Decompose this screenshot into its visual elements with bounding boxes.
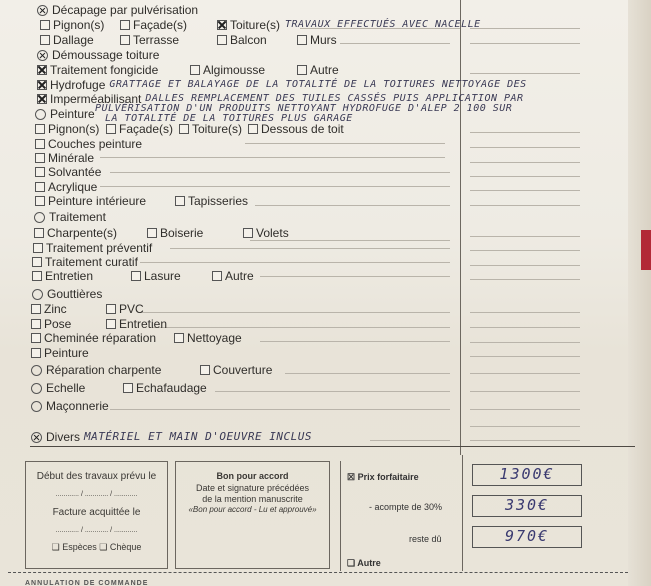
section-traitement[interactable]: Traitement: [34, 210, 106, 224]
checkbox-icon[interactable]: [297, 35, 307, 45]
price-divider: [462, 455, 463, 571]
approval-box: Bon pour accord Date et signature précéd…: [175, 461, 330, 569]
checkbox-icon[interactable]: [35, 182, 45, 192]
section-gouttieres[interactable]: Gouttières: [32, 287, 102, 301]
option-label: Terrasse: [133, 33, 179, 47]
option-label: Pignon(s): [53, 18, 104, 32]
option-label: Façade(s): [133, 18, 187, 32]
section-title: Maçonnerie: [46, 399, 109, 413]
balance-value: 970€: [505, 527, 549, 545]
radio-icon[interactable]: [32, 289, 43, 300]
deposit-value-box[interactable]: 330€: [472, 495, 582, 517]
option-label: Couverture: [213, 363, 272, 377]
checkbox-icon[interactable]: [31, 348, 41, 358]
section-divers[interactable]: Divers MATÉRIEL ET MAIN D'OEUVRE INCLUS: [31, 430, 312, 444]
checkbox-icon[interactable]: [217, 35, 227, 45]
radio-icon[interactable]: [34, 212, 45, 223]
checkbox-icon[interactable]: [120, 35, 130, 45]
column-divider: [460, 0, 461, 455]
checkbox-icon[interactable]: [31, 304, 41, 314]
radio-icon[interactable]: [31, 365, 42, 376]
section-title: Traitement: [49, 210, 106, 224]
checkbox-icon[interactable]: [35, 153, 45, 163]
fixed-price-value: 1300€: [499, 465, 554, 483]
option-label: Couches peinture: [48, 137, 142, 151]
checkbox-checked-icon[interactable]: [37, 94, 47, 104]
checkbox-icon[interactable]: [35, 139, 45, 149]
checkbox-icon[interactable]: [35, 196, 45, 206]
option-label: Tapisseries: [188, 194, 248, 208]
option-label: Boiserie: [160, 226, 203, 240]
checkbox-icon[interactable]: [32, 271, 42, 281]
deposit-label: - acompte de 30%: [369, 502, 442, 512]
section-title: Echelle: [46, 381, 85, 395]
checkbox-icon[interactable]: [32, 257, 42, 267]
section-title: Décapage par pulvérisation: [52, 3, 198, 17]
option-label: Cheminée réparation: [44, 331, 156, 345]
option-label: Façade(s): [119, 122, 173, 136]
section-title: Démoussage toiture: [52, 48, 159, 62]
section-peinture[interactable]: Peinture: [35, 107, 95, 121]
option-label: Pignon(s): [48, 122, 99, 136]
section-divider: [30, 446, 635, 447]
start-date-field[interactable]: ............ / ............ / ..........…: [26, 491, 167, 498]
cancellation-heading: ANNULATION DE COMMANDE: [25, 580, 148, 586]
checkbox-icon[interactable]: [179, 124, 189, 134]
radio-checked-icon[interactable]: [37, 50, 48, 61]
option-label: Dessous de toit: [261, 122, 344, 136]
checkbox-icon[interactable]: [174, 333, 184, 343]
checkbox-icon[interactable]: [33, 243, 43, 253]
checkbox-icon[interactable]: [131, 271, 141, 281]
section-maconnerie[interactable]: Maçonnerie: [31, 399, 109, 413]
checkbox-icon[interactable]: [175, 196, 185, 206]
option-label: Zinc: [44, 302, 67, 316]
option-label: Solvantée: [48, 165, 101, 179]
radio-icon[interactable]: [35, 109, 46, 120]
handwritten-note: MATÉRIEL ET MAIN D'OEUVRE INCLUS: [84, 430, 312, 444]
section-title: Peinture: [50, 107, 95, 121]
fixed-price-label[interactable]: ☒ Prix forfaitaire: [347, 472, 419, 483]
approval-title: Bon pour accord: [176, 471, 329, 481]
option-label: Volets: [256, 226, 289, 240]
checkbox-icon[interactable]: [248, 124, 258, 134]
option-label: Charpente(s): [47, 226, 117, 240]
paper-edge: [628, 0, 651, 586]
section-reparation-charpente[interactable]: Réparation charpente: [31, 363, 161, 377]
checkbox-icon[interactable]: [31, 319, 41, 329]
red-tab: [641, 230, 651, 270]
invoice-date-field[interactable]: ............ / ............ / ..........…: [26, 527, 167, 534]
checkbox-icon[interactable]: [297, 65, 307, 75]
checkbox-icon[interactable]: [147, 228, 157, 238]
radio-checked-icon[interactable]: [31, 432, 42, 443]
handwritten-note: TRAVAUX EFFECTUÉS AVEC NACELLE: [285, 18, 481, 32]
cash-checkbox[interactable]: ❑ Espèces: [52, 542, 97, 552]
option-label: Traitement fongicide: [50, 63, 158, 77]
checkbox-icon[interactable]: [243, 228, 253, 238]
option-label: Murs: [310, 33, 337, 47]
checkbox-icon[interactable]: [35, 167, 45, 177]
option-label: Peinture: [44, 346, 89, 360]
checkbox-icon[interactable]: [34, 228, 44, 238]
checkbox-icon[interactable]: [35, 124, 45, 134]
approval-text: «Bon pour accord - Lu et approuvé»: [176, 505, 329, 514]
handwritten-note: GRATTAGE ET BALAYAGE DE LA TOTALITÉ DE L…: [109, 78, 526, 92]
section-title: Divers: [46, 430, 80, 444]
section-decapage[interactable]: Décapage par pulvérisation: [37, 3, 198, 17]
checkbox-icon[interactable]: [40, 35, 50, 45]
option-label: Traitement curatif: [45, 255, 138, 269]
radio-icon[interactable]: [31, 401, 42, 412]
option-label: Entretien: [45, 269, 93, 283]
checkbox-icon[interactable]: [190, 65, 200, 75]
price-divider: [340, 461, 341, 571]
checkbox-icon[interactable]: [31, 333, 41, 343]
option-label: Traitement préventif: [46, 241, 152, 255]
checkbox-icon[interactable]: [212, 271, 222, 281]
invoice-date-label: Facture acquittée le: [26, 507, 167, 518]
checkbox-icon[interactable]: [200, 365, 210, 375]
option-label: Pose: [44, 317, 71, 331]
option-label: Lasure: [144, 269, 181, 283]
option-label: Balcon: [230, 33, 267, 47]
option-label: PVC: [119, 302, 144, 316]
option-label: Entretien: [119, 317, 167, 331]
checkbox-icon[interactable]: [106, 124, 116, 134]
cheque-checkbox[interactable]: ❑ Chèque: [99, 542, 141, 552]
option-label: Autre: [225, 269, 254, 283]
radio-checked-icon[interactable]: [37, 5, 48, 16]
option-label: Toiture(s): [230, 18, 280, 32]
option-label: Peinture intérieure: [48, 194, 146, 208]
option-label: Autre: [310, 63, 339, 77]
approval-text: de la mention manuscrite: [176, 494, 329, 504]
checkbox-checked-icon[interactable]: [217, 20, 227, 30]
option-label: Toiture(s): [192, 122, 242, 136]
checkbox-checked-icon[interactable]: [37, 65, 47, 75]
section-title: Gouttières: [47, 287, 102, 301]
other-checkbox[interactable]: ❑ Autre: [347, 558, 381, 569]
section-demoussage[interactable]: Démoussage toiture: [37, 48, 159, 62]
radio-icon[interactable]: [31, 383, 42, 394]
start-date-box: Début des travaux prévu le ............ …: [25, 461, 168, 569]
section-echelle[interactable]: Echelle: [31, 381, 85, 395]
option-label: Nettoyage: [187, 331, 242, 345]
section-title: Réparation charpente: [46, 363, 161, 377]
checkbox-icon[interactable]: [40, 20, 50, 30]
balance-label: reste dû: [409, 534, 442, 544]
checkbox-icon[interactable]: [123, 383, 133, 393]
option-label: Acrylique: [48, 180, 97, 194]
option-label: Dallage: [53, 33, 94, 47]
option-label: Algimousse: [203, 63, 265, 77]
fixed-price-value-box[interactable]: 1300€: [472, 464, 582, 486]
checkbox-icon[interactable]: [120, 20, 130, 30]
cut-line: [8, 572, 628, 573]
option-label: Hydrofuge: [50, 78, 105, 92]
option-label: Minérale: [48, 151, 94, 165]
deposit-value: 330€: [505, 496, 549, 514]
checkbox-icon[interactable]: [106, 304, 116, 314]
option-label: Echafaudage: [136, 381, 207, 395]
start-date-label: Début des travaux prévu le: [26, 471, 167, 482]
checkbox-checked-icon[interactable]: [37, 80, 47, 90]
balance-value-box[interactable]: 970€: [472, 526, 582, 548]
checkbox-icon[interactable]: [106, 319, 116, 329]
approval-text: Date et signature précédées: [176, 483, 329, 493]
